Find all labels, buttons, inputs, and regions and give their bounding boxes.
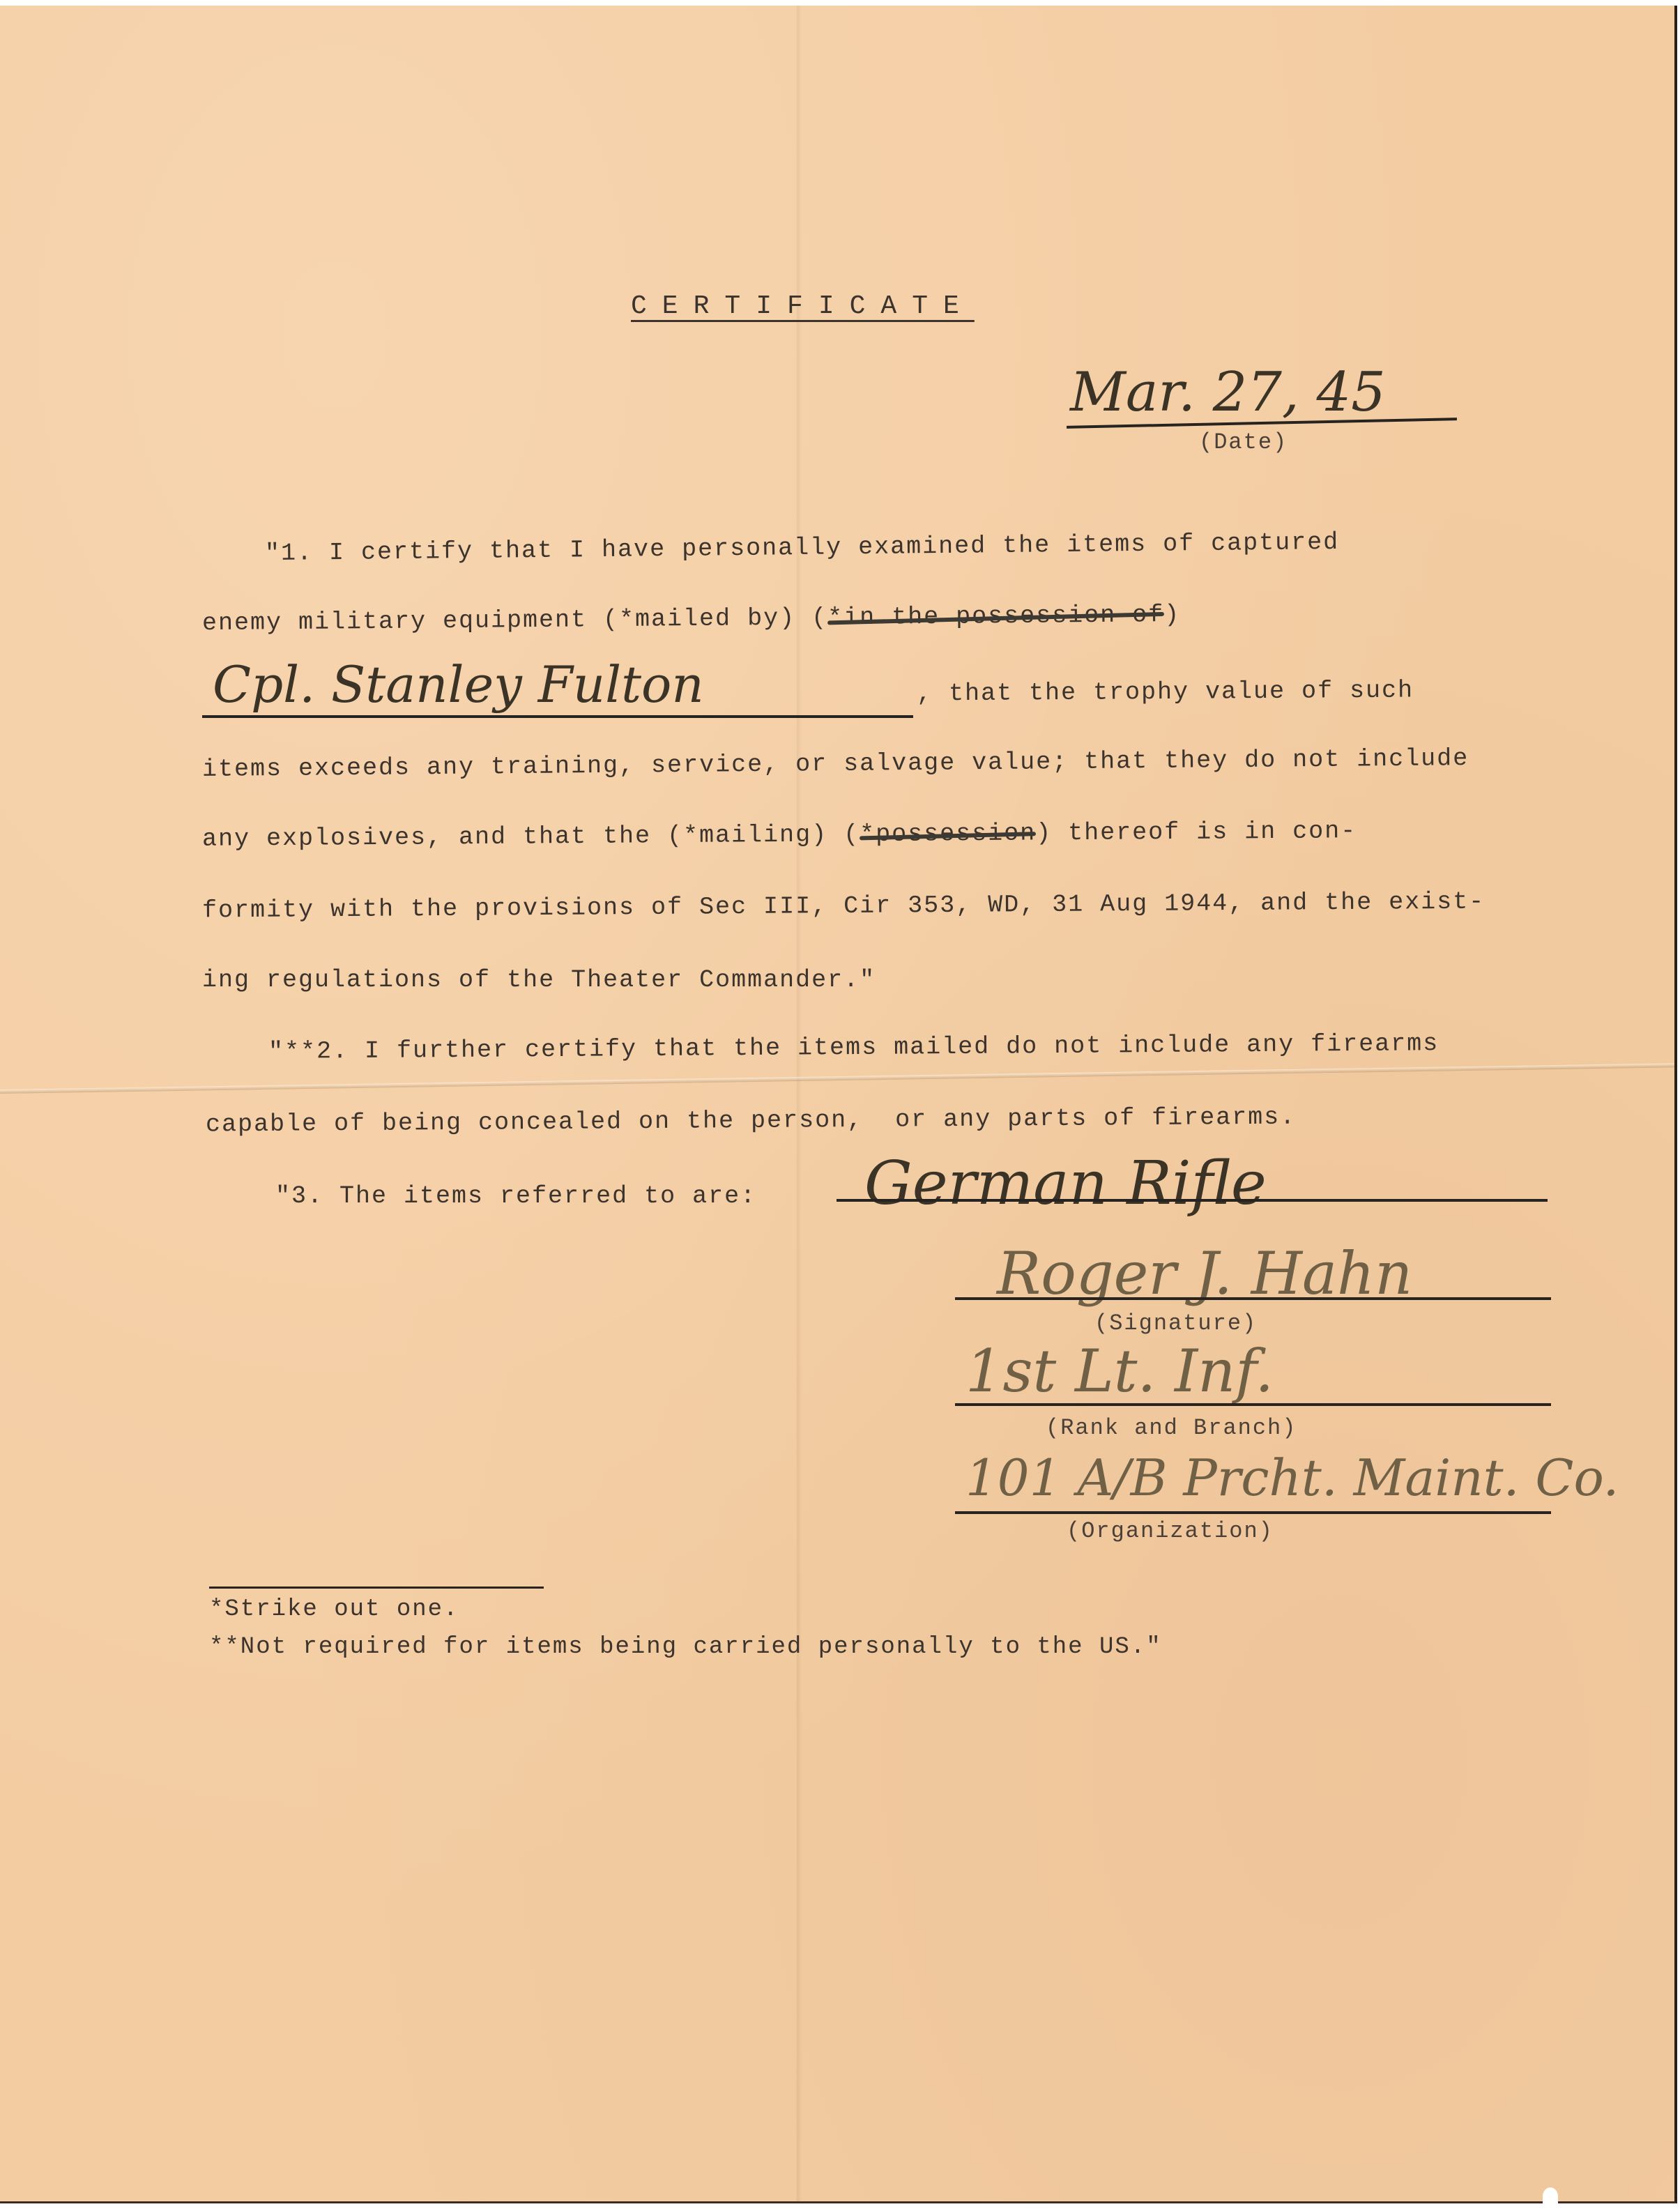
paragraph-3-label: "3. The items referred to are: — [275, 1182, 756, 1210]
organization-caption: (Organization) — [1067, 1518, 1274, 1544]
paragraph-1-line-1: "1. I certify that I have personally exa… — [265, 528, 1340, 567]
document-title: CERTIFICATE — [631, 291, 975, 321]
line-5-prefix: any explosives, and that the (*mailing) … — [202, 820, 860, 853]
footnote-1: *Strike out one. — [209, 1596, 459, 1623]
items-handwritten: German Rifle — [864, 1149, 1267, 1218]
paragraph-1-line-6: formity with the provisions of Sec III, … — [202, 888, 1486, 925]
signature-caption: (Signature) — [1094, 1310, 1257, 1336]
bottom-edge-tear — [1543, 2187, 1558, 2206]
footnote-2: **Not required for items being carried p… — [209, 1634, 1162, 1660]
paragraph-1-line-2: enemy military equipment (*mailed by) (*… — [202, 601, 1181, 637]
struck-out-option-possession-2: *possession — [860, 819, 1036, 848]
line-2-prefix: enemy military equipment (*mailed by) ( — [202, 604, 827, 637]
organization-handwritten: 101 A/B Prcht. Maint. Co. — [965, 1449, 1619, 1507]
recipient-name-line — [202, 715, 913, 718]
certificate-paper: CERTIFICATE Mar. 27, 45 (Date) "1. I cer… — [0, 6, 1677, 2203]
struck-out-option-possession: *in the possession of — [827, 601, 1164, 632]
paragraph-1-line-3: , that the trophy value of such — [917, 677, 1414, 708]
horizontal-fold-crease — [0, 1063, 1674, 1094]
paragraph-1-line-4: items exceeds any training, service, or … — [202, 744, 1469, 784]
rank-caption: (Rank and Branch) — [1046, 1415, 1297, 1441]
recipient-name-handwritten: Cpl. Stanley Fulton — [213, 655, 704, 714]
line-5-suffix: ) thereof is in con- — [1036, 817, 1357, 847]
items-line — [837, 1199, 1548, 1202]
line-2-suffix: ) — [1164, 601, 1180, 629]
signature-line — [955, 1297, 1551, 1300]
rank-handwritten: 1st Lt. Inf. — [965, 1337, 1274, 1405]
date-handwritten: Mar. 27, 45 — [1070, 361, 1386, 424]
paragraph-1-line-7: ing regulations of the Theater Commander… — [202, 966, 876, 994]
rank-line — [955, 1403, 1551, 1406]
paragraph-2-line-2: capable of being concealed on the person… — [206, 1103, 1296, 1139]
paragraph-2-line-1: "**2. I further certify that the items m… — [268, 1030, 1439, 1066]
paragraph-1-line-5: any explosives, and that the (*mailing) … — [202, 817, 1357, 853]
date-caption: (Date) — [1199, 429, 1288, 455]
footnote-separator — [209, 1587, 544, 1589]
organization-line — [955, 1511, 1551, 1514]
